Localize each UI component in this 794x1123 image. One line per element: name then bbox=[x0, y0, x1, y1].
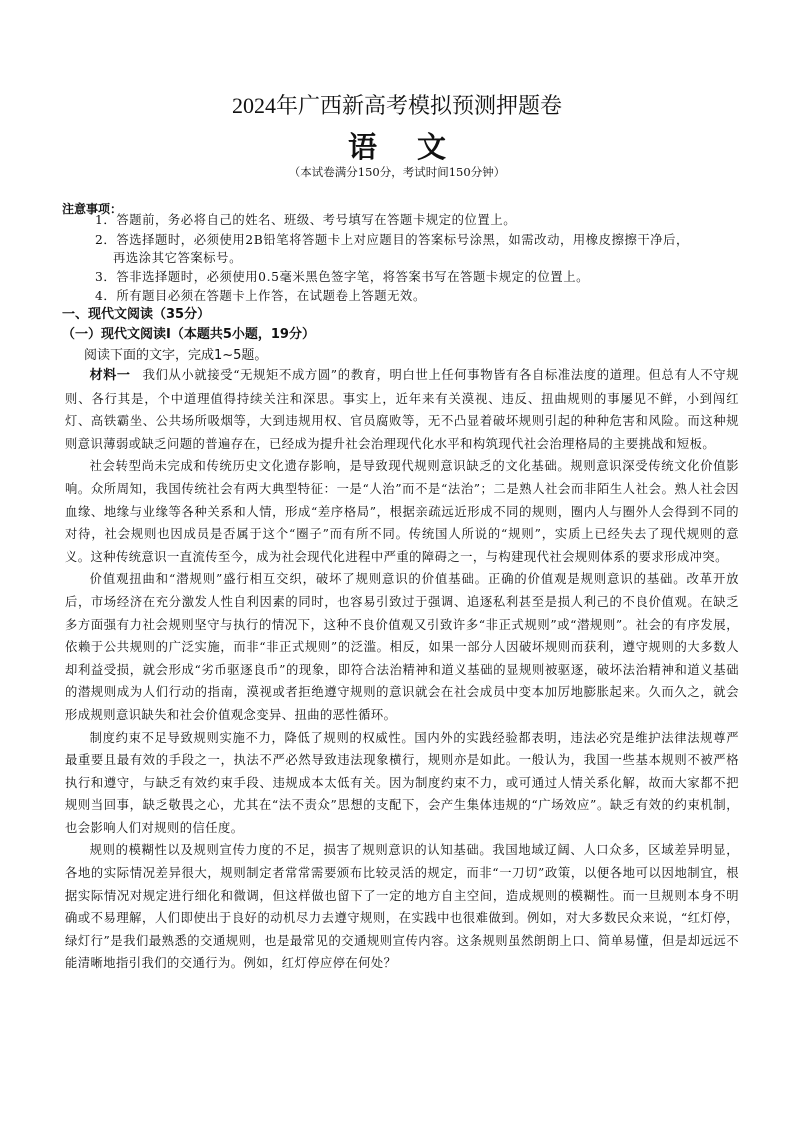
paragraph-1: 材料一我们从小就接受“无规矩不成方圆”的教育，明白世上任何事物皆有各自标准法度的… bbox=[65, 364, 739, 455]
section-heading: 一、现代文阅读（35分） bbox=[62, 303, 210, 322]
reading-instruction: 阅读下面的文字，完成1~5题。 bbox=[84, 344, 267, 363]
section-subheading: （一）现代文阅读Ⅰ（本题共5小题，19分） bbox=[62, 323, 315, 342]
paragraph-2: 社会转型尚未完成和传统历史文化遗存影响，是导致现代规则意识缺乏的文化基础。规则意… bbox=[65, 455, 739, 568]
material-one-body: 材料一我们从小就接受“无规矩不成方圆”的教育，明白世上任何事物皆有各自标准法度的… bbox=[65, 364, 739, 975]
subject-char-2: 文 bbox=[417, 125, 446, 166]
exam-title: 2024年广西新高考模拟预测押题卷 bbox=[0, 89, 794, 120]
paragraph-4: 制度约束不足导致规则实施不力，降低了规则的权威性。国内外的实践经验都表明，违法必… bbox=[65, 727, 739, 840]
subject-char-1: 语 bbox=[348, 125, 377, 166]
note-item-1: 1．答题前，务必将自己的姓名、班级、考号填写在答题卡规定的位置上。 bbox=[95, 211, 745, 230]
paragraph-1-text: 我们从小就接受“无规矩不成方圆”的教育，明白世上任何事物皆有各自标准法度的道理。… bbox=[65, 368, 739, 451]
score-time-note: （本试卷满分150分，考试时间150分钟） bbox=[0, 164, 794, 180]
exam-page: 2024年广西新高考模拟预测押题卷 语文 （本试卷满分150分，考试时间150分… bbox=[0, 0, 794, 1123]
material-label: 材料一 bbox=[90, 368, 131, 383]
subject-title: 语文 bbox=[0, 125, 794, 166]
note-item-3: 3．答非选择题时，必须使用0.5毫米黑色签字笔，将答案书写在答题卡规定的位置上。 bbox=[95, 268, 745, 287]
note-item-2-cont: 再选涂其它答案标号。 bbox=[113, 249, 763, 268]
paragraph-5: 规则的模糊性以及规则宣传力度的不足，损害了规则意识的认知基础。我国地域辽阔、人口… bbox=[65, 839, 739, 975]
paragraph-3: 价值观扭曲和“潜规则”盛行相互交织，破坏了规则意识的价值基础。正确的价值观是规则… bbox=[65, 568, 739, 726]
note-item-2: 2．答选择题时，必须使用2B铅笔将答题卡上对应题目的答案标号涂黑，如需改动，用橡… bbox=[95, 231, 745, 250]
